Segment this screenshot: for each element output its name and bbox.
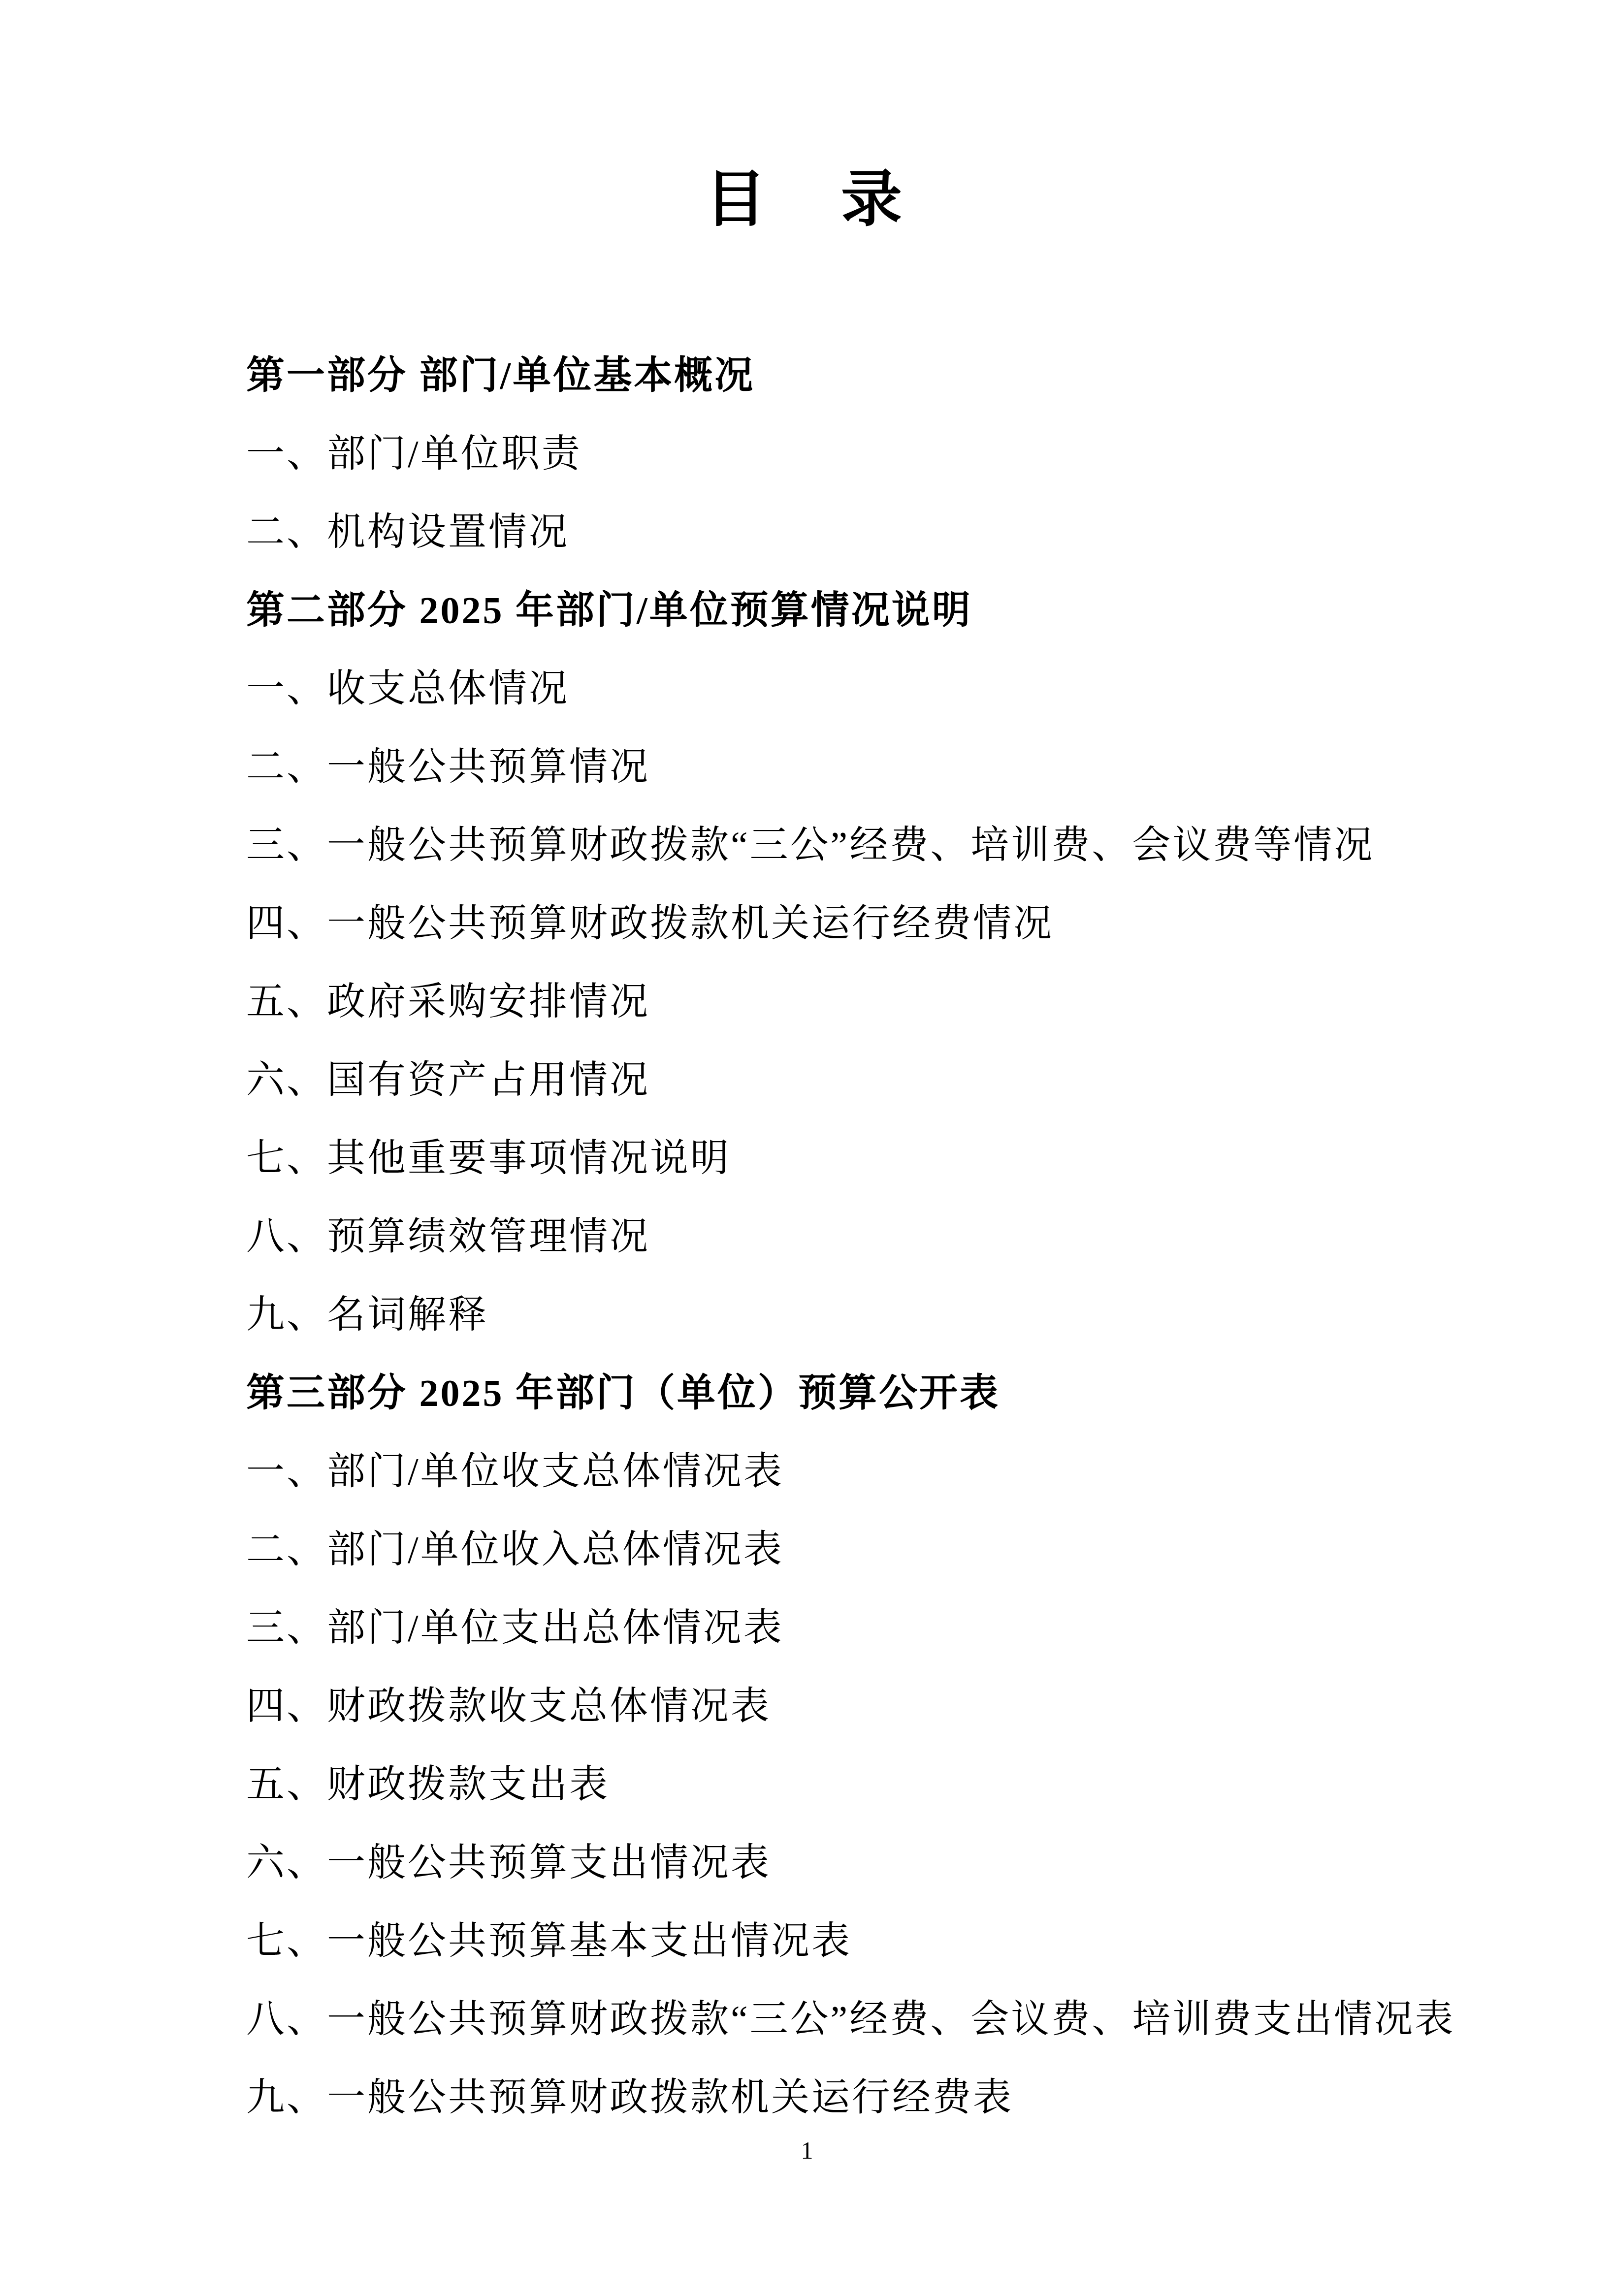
page-title: 目 录: [0, 166, 1614, 233]
toc-entry: 三、部门/单位支出总体情况表: [246, 1589, 1555, 1667]
toc-entry: 一、部门/单位职责: [246, 415, 1555, 493]
toc-entry: 二、一般公共预算情况: [246, 728, 1555, 806]
toc-entry: 八、预算绩效管理情况: [246, 1197, 1555, 1276]
toc-entry: 五、政府采购安排情况: [246, 962, 1555, 1041]
toc-entry: 九、名词解释: [246, 1276, 1555, 1354]
toc-part-heading-3: 第三部分 2025 年部门（单位）预算公开表: [246, 1354, 1555, 1432]
toc-entry: 二、机构设置情况: [246, 493, 1555, 571]
toc-entry: 一、部门/单位收支总体情况表: [246, 1432, 1555, 1510]
page-number: 1: [0, 2136, 1614, 2165]
toc-entry: 八、一般公共预算财政拨款“三公”经费、会议费、培训费支出情况表: [246, 1980, 1555, 2058]
toc-entry: 二、部门/单位收入总体情况表: [246, 1510, 1555, 1589]
toc-entry: 一、收支总体情况: [246, 649, 1555, 728]
toc-entry: 五、财政拨款支出表: [246, 1745, 1555, 1823]
toc-part-heading-1: 第一部分 部门/单位基本概况: [246, 336, 1555, 415]
toc-entry: 四、一般公共预算财政拨款机关运行经费情况: [246, 884, 1555, 962]
toc-entry: 六、国有资产占用情况: [246, 1041, 1555, 1119]
document-page: 目 录 第一部分 部门/单位基本概况 一、部门/单位职责 二、机构设置情况 第二…: [0, 0, 1614, 2296]
toc-entry: 六、一般公共预算支出情况表: [246, 1823, 1555, 1902]
table-of-contents: 第一部分 部门/单位基本概况 一、部门/单位职责 二、机构设置情况 第二部分 2…: [246, 336, 1555, 2137]
toc-entry: 四、财政拨款收支总体情况表: [246, 1667, 1555, 1745]
toc-part-heading-2: 第二部分 2025 年部门/单位预算情况说明: [246, 571, 1555, 649]
toc-entry: 九、一般公共预算财政拨款机关运行经费表: [246, 2058, 1555, 2137]
toc-entry: 七、其他重要事项情况说明: [246, 1119, 1555, 1197]
toc-entry: 七、一般公共预算基本支出情况表: [246, 1902, 1555, 1980]
toc-entry: 三、一般公共预算财政拨款“三公”经费、培训费、会议费等情况: [246, 806, 1555, 884]
